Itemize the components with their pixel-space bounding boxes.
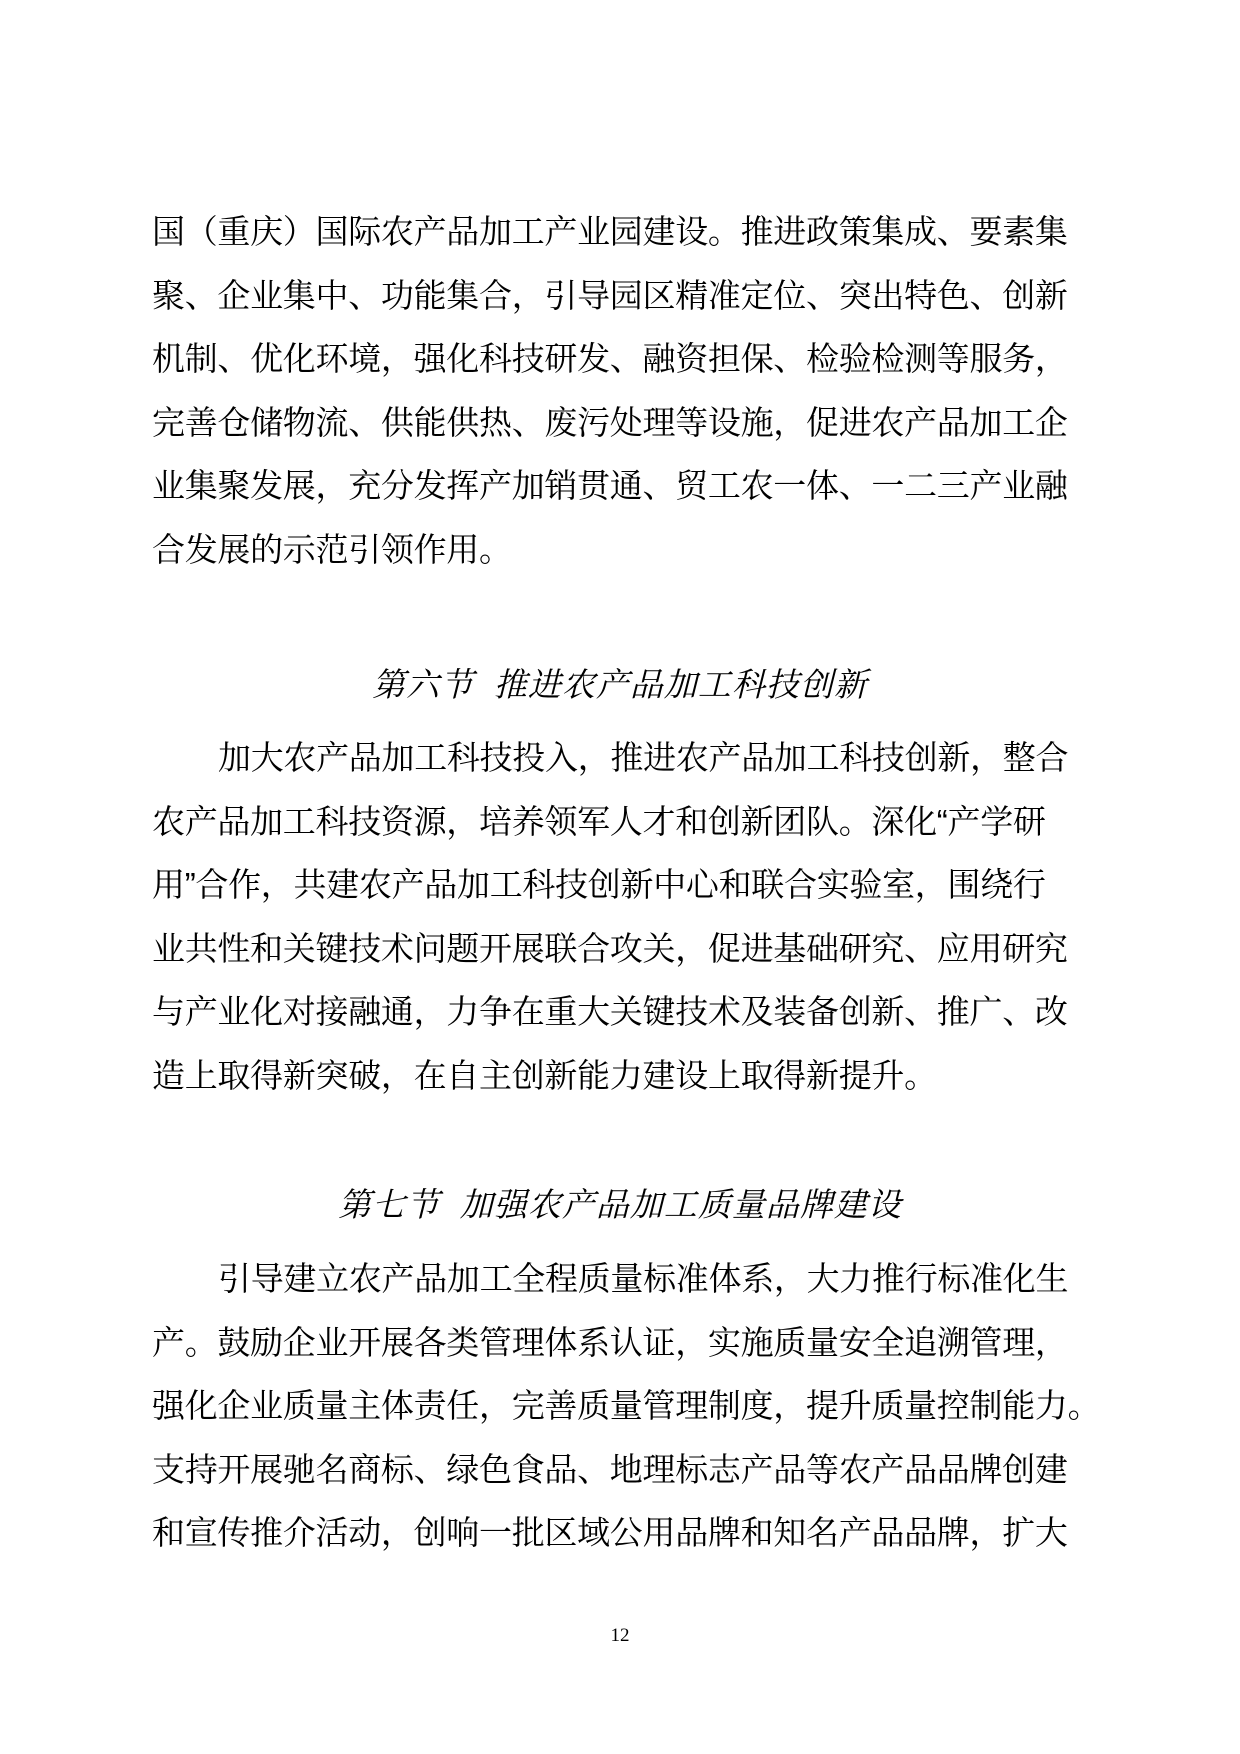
section-label: 第七节 (338, 1188, 440, 1224)
paragraph-line: 造上取得新突破，在自主创新能力建设上取得新提升。 (152, 1044, 1092, 1108)
section-label: 第六节 (372, 668, 474, 704)
paragraph-line: 合发展的示范引领作用。 (152, 518, 1092, 582)
paragraph-line: 业集聚发展，充分发挥产加销贯通、贸工农一体、一二三产业融 (152, 454, 1092, 518)
paragraph-line: 与产业化对接融通，力争在重大关键技术及装备创新、推广、改 (152, 980, 1092, 1044)
body-paragraph-section6: 加大农产品加工科技投入，推进农产品加工科技创新，整合 农产品加工科技资源，培养领… (152, 726, 1092, 1107)
paragraph-line: 引导建立农产品加工全程质量标准体系，大力推行标准化生 (152, 1247, 1092, 1311)
paragraph-line: 产。鼓励企业开展各类管理体系认证，实施质量安全追溯管理， (152, 1311, 1092, 1375)
paragraph-line: 业共性和关键技术问题开展联合攻关，促进基础研究、应用研究 (152, 917, 1092, 981)
paragraph-line: 和宣传推介活动，创响一批区域公用品牌和知名产品品牌，扩大 (152, 1501, 1092, 1565)
section-heading-6: 第六节推进农产品加工科技创新 (0, 655, 1240, 719)
paragraph-line: 机制、优化环境，强化科技研发、融资担保、检验检测等服务， (152, 327, 1092, 391)
section-title: 加强农产品加工质量品牌建设 (460, 1188, 902, 1224)
body-paragraph-section7: 引导建立农产品加工全程质量标准体系，大力推行标准化生 产。鼓励企业开展各类管理体… (152, 1247, 1092, 1565)
document-page: 国（重庆）国际农产品加工产业园建设。推进政策集成、要素集 聚、企业集中、功能集合… (0, 0, 1240, 1754)
paragraph-line: 支持开展驰名商标、绿色食品、地理标志产品等农产品品牌创建 (152, 1438, 1092, 1502)
paragraph-line: 国（重庆）国际农产品加工产业园建设。推进政策集成、要素集 (152, 200, 1092, 264)
page-footer: 12 (0, 1624, 1240, 1648)
paragraph-line: 农产品加工科技资源，培养领军人才和创新团队。深化“产学研 (152, 790, 1092, 854)
body-paragraph-continuation: 国（重庆）国际农产品加工产业园建设。推进政策集成、要素集 聚、企业集中、功能集合… (152, 200, 1092, 581)
paragraph-line: 强化企业质量主体责任，完善质量管理制度，提升质量控制能力。 (152, 1374, 1092, 1438)
paragraph-line: 用”合作，共建农产品加工科技创新中心和联合实验室，围绕行 (152, 853, 1092, 917)
page-number: 12 (611, 1625, 630, 1646)
section-heading-7: 第七节加强农产品加工质量品牌建设 (0, 1175, 1240, 1239)
section-title: 推进农产品加工科技创新 (494, 668, 868, 704)
paragraph-line: 完善仓储物流、供能供热、废污处理等设施，促进农产品加工企 (152, 391, 1092, 455)
paragraph-line: 聚、企业集中、功能集合，引导园区精准定位、突出特色、创新 (152, 264, 1092, 328)
paragraph-line: 加大农产品加工科技投入，推进农产品加工科技创新，整合 (152, 726, 1092, 790)
